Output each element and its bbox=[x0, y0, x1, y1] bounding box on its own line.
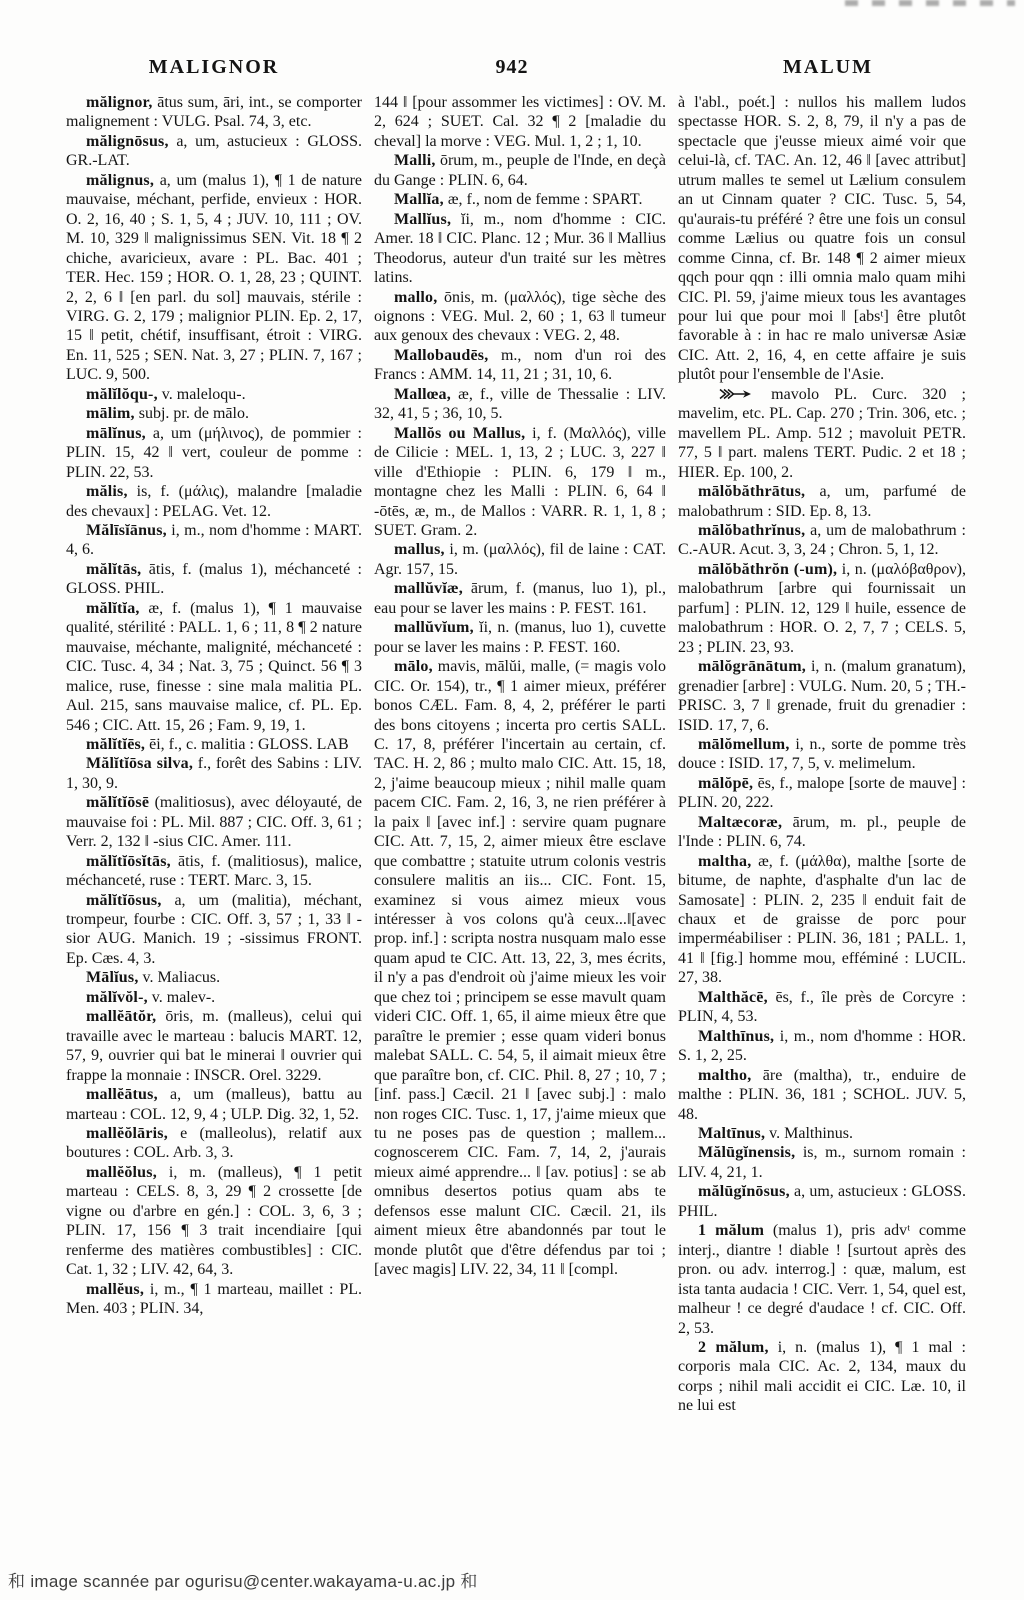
dictionary-entry: mālĭnus, a, um (μήλινος), de pommier : P… bbox=[66, 424, 362, 482]
entry-continuation: mavolo PL. Curc. 320 ; mavelim, etc. PL.… bbox=[678, 385, 966, 482]
dictionary-entry: Mallŏs ou Mallus, i, f. (Μαλλός), ville … bbox=[374, 424, 666, 541]
entry-headword: Malthăcē, bbox=[698, 989, 768, 1006]
dictionary-entry: 2 mălum, i, n. (malus 1), ¶ 1 mal : corp… bbox=[678, 1338, 966, 1416]
entry-headword: mălūgĭnōsus, bbox=[698, 1183, 790, 1200]
dictionary-entry: mallo, ōnis, m. (μαλλός), tige sèche des… bbox=[374, 288, 666, 346]
dictionary-entry: mālŏbăthrātus, a, um, parfumé de malobat… bbox=[678, 482, 966, 521]
entry-headword: mallĕŏlus, bbox=[86, 1164, 157, 1181]
entry-headword: mălĭtĭōsĭtās, bbox=[86, 853, 171, 870]
dictionary-entry: mălĭlŏqu-, v. maleloqu-. bbox=[66, 385, 362, 404]
dictionary-entry: 1 mălum (malus 1), pris advᵗ comme inter… bbox=[678, 1221, 966, 1338]
entry-headword: mălignōsus, bbox=[86, 133, 169, 150]
dictionary-entry: mālŏgrānātum, i, n. (malum granatum), gr… bbox=[678, 657, 966, 735]
dictionary-entry: Mallœa, æ, f., ville de Thessalie : LIV.… bbox=[374, 385, 666, 424]
entry-headword: mălĭtĭēs, bbox=[86, 736, 145, 753]
dictionary-entry: mălĭtĭōsĭtās, ātis, f. (malitiosus), mal… bbox=[66, 852, 362, 891]
entry-headword: Mallœa, bbox=[394, 386, 451, 403]
text-columns: mălignor, ātus sum, āri, int., se compor… bbox=[66, 93, 966, 1551]
entry-headword: mallĕus, bbox=[86, 1281, 144, 1298]
dictionary-entry: mălĭtĭa, æ, f. (malus 1), ¶ 1 mauvaise q… bbox=[66, 599, 362, 735]
entry-headword: Mălĭtĭōsa silva, bbox=[86, 755, 193, 772]
text-column-1: mălignor, ātus sum, āri, int., se compor… bbox=[66, 93, 362, 1551]
entry-headword: mālŏbathrĭnus, bbox=[698, 522, 805, 539]
entry-headword: mālŏpē, bbox=[698, 775, 753, 792]
entry-headword: maltho, bbox=[698, 1067, 751, 1084]
entry-headword: mālŏmellum, bbox=[698, 736, 790, 753]
header-page-number: 942 bbox=[364, 56, 660, 79]
dictionary-entry: mallĕātus, a, um (malleus), battu au mar… bbox=[66, 1085, 362, 1124]
dictionary-entry: mālŏpē, ēs, f., malope [sorte de mauve] … bbox=[678, 774, 966, 813]
entry-headword: mălĭtĭōsus, bbox=[86, 892, 162, 909]
dictionary-page: MALIGNOR 942 MALUM mălignor, ātus sum, ā… bbox=[0, 0, 1024, 1600]
dictionary-entry: maltho, āre (maltha), tr., enduire de ma… bbox=[678, 1066, 966, 1124]
dictionary-entry: Maltæcoræ, ārum, m. pl., peuple de l'Ind… bbox=[678, 813, 966, 852]
entry-headword: mālŏgrānātum, bbox=[698, 658, 806, 675]
entry-headword: mālĭnus, bbox=[86, 425, 146, 442]
entry-headword: mălĭtās, bbox=[86, 561, 141, 578]
entry-headword: mālŏbăthrātus, bbox=[698, 483, 805, 500]
scan-artifact bbox=[845, 0, 1015, 6]
entry-headword: Mălīsĭānus, bbox=[86, 522, 167, 539]
entry-headword: mālo, bbox=[394, 658, 433, 675]
scan-credit: 和 image scannée par ogurisu@center.wakay… bbox=[8, 1567, 478, 1592]
dictionary-entry: mălignus, a, um (malus 1), ¶ 1 de nature… bbox=[66, 171, 362, 385]
fletched-right-arrow-icon bbox=[698, 385, 752, 404]
dictionary-entry: mallŭvĭæ, ārum, f. (manus, luo 1), pl., … bbox=[374, 579, 666, 618]
dictionary-entry: mallĕŏlāris, e (malleolus), relatif aux … bbox=[66, 1124, 362, 1163]
entry-headword: Maltīnus, bbox=[698, 1125, 765, 1142]
entry-headword: mălignus, bbox=[86, 172, 154, 189]
entry-headword: mălĭlŏqu-, bbox=[86, 386, 158, 403]
entry-headword: mallŭvĭum, bbox=[394, 619, 474, 636]
dictionary-entry: Malthīnus, i, m., nom d'homme : HOR. S. … bbox=[678, 1027, 966, 1066]
entry-headword: Mallobaudēs, bbox=[394, 347, 488, 364]
dictionary-entry: Mallĭus, ĭi, m., nom d'homme : CIC. Amer… bbox=[374, 210, 666, 288]
entry-headword: mallŭvĭæ, bbox=[394, 580, 463, 597]
dictionary-entry: mālo, mavis, mālŭi, malle, (= magis volo… bbox=[374, 657, 666, 1280]
dictionary-entry: mălūgĭnōsus, a, um, astucieux : GLOSS. P… bbox=[678, 1182, 966, 1221]
entry-headword: 1 mălum bbox=[698, 1222, 764, 1239]
dictionary-entry: mallus, i, m. (μαλλός), fil de laine : C… bbox=[374, 540, 666, 579]
entry-continuation: à l'abl., poét.] : nullos his mallem lud… bbox=[678, 93, 966, 385]
dictionary-entry: mālŏmellum, i, n., sorte de pomme très d… bbox=[678, 735, 966, 774]
entry-headword: mălĭtĭōsē bbox=[86, 794, 149, 811]
entry-headword: mălĭtĭa, bbox=[86, 600, 140, 617]
dictionary-entry: Mallobaudēs, m., nom d'un roi des Francs… bbox=[374, 346, 666, 385]
entry-headword: Malli, bbox=[394, 152, 436, 169]
dictionary-entry: mālim, subj. pr. de mālo. bbox=[66, 404, 362, 423]
dictionary-entry: mălĭvŏl-, v. malev-. bbox=[66, 988, 362, 1007]
entry-headword: mallo, bbox=[394, 289, 437, 306]
entry-headword: Mălūgĭnensis, bbox=[698, 1144, 795, 1161]
dictionary-entry: Mallĭa, æ, f., nom de femme : SPART. bbox=[374, 190, 666, 209]
entry-headword: mallĕŏlāris, bbox=[86, 1125, 168, 1142]
dictionary-entry: mălĭtĭēs, ēi, f., c. malitia : GLOSS. LA… bbox=[66, 735, 362, 754]
dictionary-entry: Mălūgĭnensis, is, m., surnom romain : LI… bbox=[678, 1143, 966, 1182]
dictionary-entry: mălĭtĭōsē (malitiosus), avec déloyauté, … bbox=[66, 793, 362, 851]
entry-headword: mălis, bbox=[86, 483, 128, 500]
dictionary-entry: Mālĭus, v. Maliacus. bbox=[66, 968, 362, 987]
entry-headword: mālim, bbox=[86, 405, 135, 422]
text-column-2: 144 ‖ [pour assommer les victimes] : OV.… bbox=[374, 93, 666, 1551]
entry-headword: Maltæcoræ, bbox=[698, 814, 782, 831]
dictionary-entry: Maltīnus, v. Malthinus. bbox=[678, 1124, 966, 1143]
entry-headword: Malthīnus, bbox=[698, 1028, 774, 1045]
dictionary-entry: mallĕātŏr, ōris, m. (malleus), celui qui… bbox=[66, 1007, 362, 1085]
text-column-3: à l'abl., poét.] : nullos his mallem lud… bbox=[678, 93, 966, 1551]
dictionary-entry: maltha, æ, f. (μάλθα), malthe [sorte de … bbox=[678, 852, 966, 988]
entry-headword: mălĭvŏl-, bbox=[86, 989, 148, 1006]
dictionary-entry: Mălĭtĭōsa silva, f., forêt des Sabins : … bbox=[66, 754, 362, 793]
dictionary-entry: mălignor, ātus sum, āri, int., se compor… bbox=[66, 93, 362, 132]
header-guideword-left: MALIGNOR bbox=[66, 56, 362, 79]
dictionary-entry: mallĕŏlus, i, m. (malleus), ¶ 1 petit ma… bbox=[66, 1163, 362, 1280]
entry-headword: Mālĭus, bbox=[86, 969, 139, 986]
dictionary-entry: mālŏbathrĭnus, a, um de malobathrum : C.… bbox=[678, 521, 966, 560]
dictionary-entry: mălĭtās, ātis, f. (malus 1), méchanceté … bbox=[66, 560, 362, 599]
dictionary-entry: mallĕus, i, m., ¶ 1 marteau, maillet : P… bbox=[66, 1280, 362, 1319]
entry-headword: mallĕātus, bbox=[86, 1086, 158, 1103]
entry-continuation: 144 ‖ [pour assommer les victimes] : OV.… bbox=[374, 93, 666, 151]
dictionary-entry: mălis, is, f. (μάλις), malandre [maladie… bbox=[66, 482, 362, 521]
dictionary-entry: Malthăcē, ēs, f., île près de Corcyre : … bbox=[678, 988, 966, 1027]
entry-headword: mallus, bbox=[394, 541, 445, 558]
dictionary-entry: Malli, ōrum, m., peuple de l'Inde, en de… bbox=[374, 151, 666, 190]
entry-headword: mallĕātŏr, bbox=[86, 1008, 156, 1025]
dictionary-entry: mallŭvĭum, ĭi, n. (manus, luo 1), cuvett… bbox=[374, 618, 666, 657]
header-guideword-right: MALUM bbox=[680, 56, 976, 79]
dictionary-entry: mălĭtĭōsus, a, um (malitia), méchant, tr… bbox=[66, 891, 362, 969]
entry-headword: 2 mălum, bbox=[698, 1339, 769, 1356]
entry-headword: Mallĭa, bbox=[394, 191, 444, 208]
entry-headword: maltha, bbox=[698, 853, 751, 870]
entry-headword: Mallĭus, bbox=[394, 211, 451, 228]
entry-headword: mālŏbăthrŏn (-um), bbox=[698, 561, 837, 578]
entry-headword: Mallŏs ou Mallus, bbox=[394, 425, 525, 442]
dictionary-entry: mălignōsus, a, um, astucieux : GLOSS. GR… bbox=[66, 132, 362, 171]
dictionary-entry: mālŏbăthrŏn (-um), i, n. (μαλόβαθρον), m… bbox=[678, 560, 966, 657]
entry-headword: mălignor, bbox=[86, 94, 153, 111]
dictionary-entry: Mălīsĭānus, i, m., nom d'homme : MART. 4… bbox=[66, 521, 362, 560]
